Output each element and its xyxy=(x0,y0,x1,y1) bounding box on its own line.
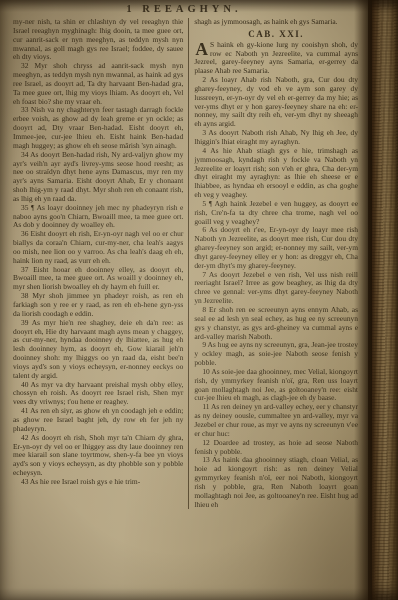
stacked-page-edges xyxy=(372,0,398,600)
verse-paragraph: 35 ¶ As loayr dooinney jeh mec ny phadey… xyxy=(13,204,183,231)
chapter20-continuation: shagh as jymmoosagh, as haink eh gys Sam… xyxy=(194,18,358,27)
verse-paragraph: my-ner nish, ta shin er chlashtyn dy vel… xyxy=(13,18,183,62)
verse-paragraph: 12 Doardee ad trostey, as hoie ad seose … xyxy=(194,439,358,457)
verse-paragraph: 3 As dooyrt Naboth rish Ahab, Ny lhig eh… xyxy=(194,129,358,147)
verse-paragraph: 39 As myr hie'n ree shaghey, deie eh da'… xyxy=(13,319,183,381)
verse-paragraph: 5 ¶ Agh haink Jezebel e ven huggey, as d… xyxy=(194,200,358,227)
verse-paragraph: 11 As ren deiney yn ard-valley echey, ee… xyxy=(194,403,358,438)
right-column-verses: 2 As loayr Ahab rish Naboth, gra, Cur do… xyxy=(194,76,358,509)
verse-paragraph: 9 As hug ee ayns ny screeunyn, gra, Jean… xyxy=(194,341,358,368)
verse-paragraph: 42 As dooyrt eh rish, Shoh myr ta'n Chia… xyxy=(13,434,183,478)
text-columns: my-ner nish, ta shin er chlashtyn dy vel… xyxy=(13,18,358,509)
verse-paragraph: 10 As soie-jee daa ghooinney, mec Velial… xyxy=(194,368,358,403)
verse-1-text: S haink eh gy-kione lurg ny cooishyn sho… xyxy=(194,40,358,76)
verse-paragraph: 41 As ren eh siyr, as ghow eh yn coodagh… xyxy=(13,407,183,434)
verse-1-paragraph: AS haink eh gy-kione lurg ny cooishyn sh… xyxy=(194,41,358,76)
verse-paragraph: 7 As dooyrt Jezebel e ven rish, Vel uss … xyxy=(194,271,358,306)
left-column: my-ner nish, ta shin er chlashtyn dy vel… xyxy=(13,18,189,509)
verse-paragraph: 40 As myr va dty harvaant preishal mysh … xyxy=(13,381,183,408)
verse-paragraph: 36 Eisht dooyrt eh rish, Er-yn-oyr nagh … xyxy=(13,230,183,265)
verse-paragraph: 32 Myr shoh chryss ad aanrit-sack mysh n… xyxy=(13,62,183,106)
verse-paragraph: 38 Myr shoh jimmee yn phadeyr roish, as … xyxy=(13,292,183,319)
verse-paragraph: 33 Nish va ny chaghteryn feer tastagh da… xyxy=(13,106,183,150)
page-gutter-shadow xyxy=(354,0,372,600)
right-column: shagh as jymmoosagh, as haink eh gys Sam… xyxy=(189,18,358,509)
chapter-heading: CAB. XXI. xyxy=(194,30,358,39)
verse-paragraph: 37 Eisht hooar eh dooinney elley, as doo… xyxy=(13,266,183,293)
verse-paragraph: 2 As loayr Ahab rish Naboth, gra, Cur do… xyxy=(194,76,358,129)
verse-paragraph: 8 Er shoh ren ee screeunyn ayns ennym Ah… xyxy=(194,306,358,341)
book-fore-edge xyxy=(368,0,398,600)
verse-paragraph: 43 As hie ree Israel roish gys e hie tri… xyxy=(13,478,183,487)
book-page: 1 REEAGHYN. my-ner nish, ta shin er chla… xyxy=(0,0,368,600)
verse-paragraph: 6 As dooyrt eh r'ee, Er-yn-oyr dy loayr … xyxy=(194,226,358,270)
verse-paragraph: 13 As haink daa ghooinney stiagh, cloan … xyxy=(194,456,358,509)
verse-paragraph: 34 As dooyrt Ben-hadad rish, Ny ard-valj… xyxy=(13,151,183,204)
running-head: 1 REEAGHYN. xyxy=(0,4,368,15)
verse-paragraph: 4 As hie Ahab stiagh gys e hie, trimshag… xyxy=(194,147,358,200)
drop-cap-initial: A xyxy=(194,41,210,58)
book-photo: 1 REEAGHYN. my-ner nish, ta shin er chla… xyxy=(0,0,398,600)
